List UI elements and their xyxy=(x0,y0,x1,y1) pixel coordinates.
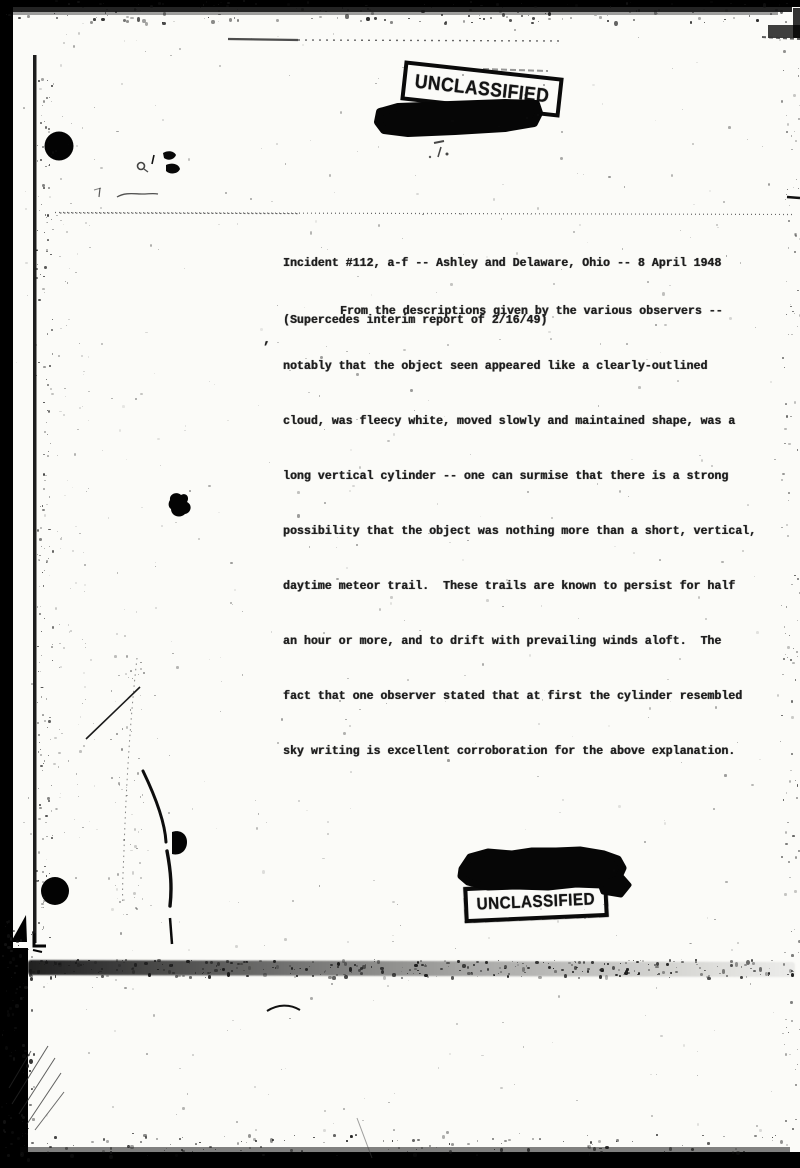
stamp-bottom-text: UNCLASSIFIED xyxy=(476,889,595,914)
paragraph-line: possibility that the object was nothing … xyxy=(283,517,756,546)
redaction-smudge-2 xyxy=(438,147,441,157)
paragraph-line: an hour or more, and to drift with preva… xyxy=(283,627,756,656)
top-border-fade xyxy=(0,12,778,15)
scratch-line-2 xyxy=(19,1058,55,1114)
long-curve-lower xyxy=(167,851,171,906)
scratch-line-6 xyxy=(357,1118,372,1158)
corner-wedge xyxy=(11,915,27,942)
pencil-tick-2 xyxy=(94,188,101,190)
left-border xyxy=(0,0,13,1168)
scribble-tick xyxy=(152,155,154,164)
report-paragraph: From the descriptions given by the vario… xyxy=(283,271,756,792)
scratch-line-1 xyxy=(12,1046,48,1104)
scratch-line-4 xyxy=(9,1051,31,1088)
stamp-top-text: UNCLASSIFIED xyxy=(414,70,551,108)
speckle-trail-curve xyxy=(123,658,137,905)
dotted-rule-line-dark-start xyxy=(60,213,300,214)
diagonal-pen-line xyxy=(86,687,140,739)
d-shaped-blot xyxy=(172,831,187,854)
crease-foot-mark xyxy=(34,933,46,946)
dotted-line-top-right xyxy=(762,37,800,39)
unclassified-stamp-bottom: UNCLASSIFIED xyxy=(463,881,608,923)
paragraph-line: daytime meteor trail. These trails are k… xyxy=(283,572,756,601)
scribble-ring-tail xyxy=(144,169,148,172)
pencil-tick-1 xyxy=(99,188,100,197)
hole-punch-bottom xyxy=(41,877,69,905)
paper-edge-band xyxy=(28,960,795,977)
hole-punch-top xyxy=(45,132,74,161)
left-border-wide-bottom xyxy=(0,948,28,1168)
paragraph-line: sky writing is excellent corroboration f… xyxy=(283,737,756,766)
dotted-rule-line xyxy=(55,213,795,215)
crease-foot-mark-2 xyxy=(33,950,42,952)
paragraph-line: notably that the object seen appeared li… xyxy=(283,352,756,381)
stray-comma-mark: , xyxy=(263,332,271,347)
bottom-border-ragged xyxy=(20,1147,790,1153)
right-corner-clump xyxy=(768,25,800,38)
pencil-squiggle xyxy=(117,194,158,197)
long-curve-upper xyxy=(143,771,166,842)
dotted-line-top xyxy=(298,40,562,41)
right-edge-strip xyxy=(793,8,800,38)
dotted-line-top-left xyxy=(228,39,298,40)
top-border-ragged xyxy=(0,7,792,12)
bottom-border xyxy=(0,1152,800,1168)
redaction-smudge-dot-1 xyxy=(446,153,449,156)
vertical-crease-line xyxy=(33,55,37,943)
paragraph-line: From the descriptions given by the vario… xyxy=(283,297,756,326)
paragraph-line: fact that one observer stated that at fi… xyxy=(283,682,756,711)
paragraph-line: long vertical cylinder -- one can surmis… xyxy=(283,462,756,491)
curved-dash-mark xyxy=(267,1006,300,1011)
redaction-smudge-1 xyxy=(434,141,444,143)
top-border xyxy=(0,0,800,7)
ink-blot-mid-left xyxy=(169,493,191,516)
paragraph-line: cloud, was fleecy white, moved slowly an… xyxy=(283,407,756,436)
ink-scribble-blob-lower xyxy=(166,164,180,174)
scanned-document-page: Incident #112, a-f -- Ashley and Delawar… xyxy=(0,0,800,1168)
ink-scribble-blob-upper xyxy=(163,151,176,159)
redaction-smudge-dot-2 xyxy=(429,156,431,158)
right-edge-tick xyxy=(787,197,800,198)
scratch-line-5 xyxy=(35,1092,64,1130)
unclassified-stamp-top: UNCLASSIFIED xyxy=(400,60,563,117)
scratch-line-3 xyxy=(27,1073,61,1124)
vertical-tick-bottom xyxy=(170,918,172,944)
scribble-ring xyxy=(138,163,145,170)
